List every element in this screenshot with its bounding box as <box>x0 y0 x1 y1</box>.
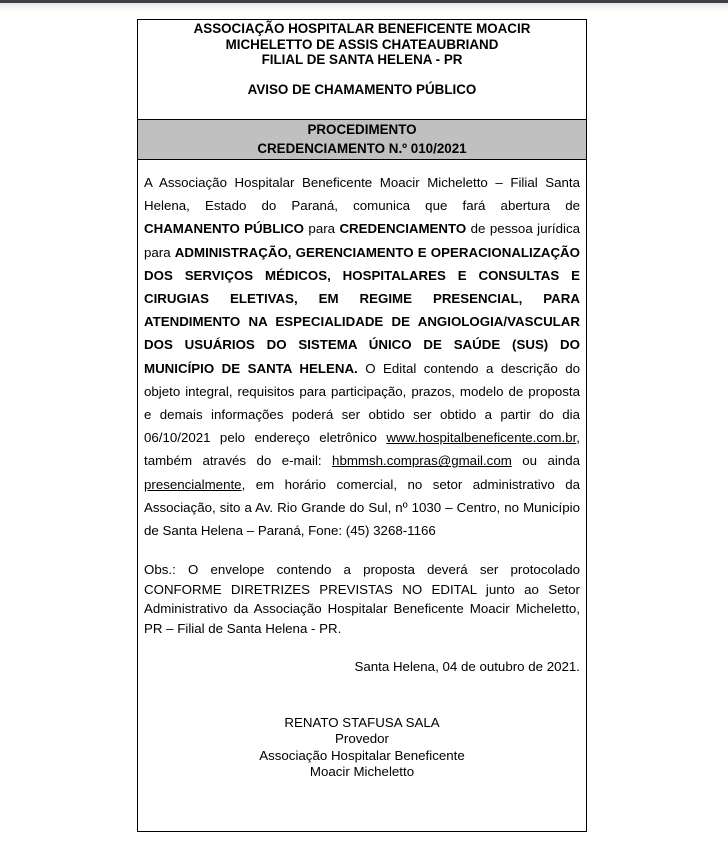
signatory-role: Provedor <box>144 731 580 748</box>
org-name-line-2: MICHELETTO DE ASSIS CHATEAUBRIAND <box>138 37 586 53</box>
procedure-band: PROCEDIMENTO CREDENCIAMENTO N.º 010/2021 <box>138 119 586 160</box>
org-branch-line: FILIAL DE SANTA HELENA - PR <box>138 52 586 68</box>
signatory-org-line-1: Associação Hospitalar Beneficente <box>144 748 580 765</box>
bold-call-type: CHAMANENTO PÚBLICO <box>144 221 304 236</box>
date-line: Santa Helena, 04 de outubro de 2021. <box>144 655 580 678</box>
main-paragraph: A Associação Hospitalar Beneficente Moac… <box>144 171 580 542</box>
signature-block: RENATO STAFUSA SALA Provedor Associação … <box>144 715 580 781</box>
procedure-number: CREDENCIAMENTO N.º 010/2021 <box>138 139 586 158</box>
in-person-underlined: presencialmente <box>144 477 242 492</box>
notice-body: A Associação Hospitalar Beneficente Moac… <box>138 160 586 781</box>
signatory-org-line-2: Moacir Micheletto <box>144 764 580 781</box>
text-span: para <box>304 221 339 236</box>
email-link[interactable]: hbmmsh.compras@gmail.com <box>332 453 512 468</box>
bold-object-description: ADMINISTRAÇÃO, GERENCIAMENTO E OPERACION… <box>144 245 580 376</box>
notice-document: ASSOCIAÇÃO HOSPITALAR BENEFICENTE MOACIR… <box>137 19 587 832</box>
bold-accreditation: CREDENCIAMENTO <box>339 221 466 236</box>
observation-paragraph: Obs.: O envelope contendo a proposta dev… <box>144 560 580 638</box>
signatory-name: RENATO STAFUSA SALA <box>144 715 580 732</box>
procedure-label: PROCEDIMENTO <box>138 120 586 139</box>
text-span: ou ainda <box>512 453 580 468</box>
org-name-line-1: ASSOCIAÇÃO HOSPITALAR BENEFICENTE MOACIR <box>138 21 586 37</box>
website-link[interactable]: www.hospitalbeneficente.com.br <box>386 430 576 445</box>
viewer-top-shadow <box>0 3 728 11</box>
notice-title: AVISO DE CHAMAMENTO PÚBLICO <box>138 82 586 98</box>
notice-header: ASSOCIAÇÃO HOSPITALAR BENEFICENTE MOACIR… <box>138 20 586 119</box>
text-span: A Associação Hospitalar Beneficente Moac… <box>144 175 580 213</box>
